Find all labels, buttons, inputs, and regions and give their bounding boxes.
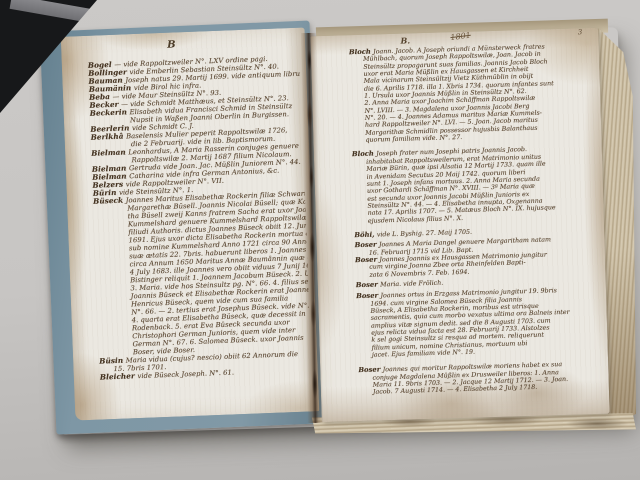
right-page-number: 3 (578, 28, 583, 36)
entry-headword: Boser (356, 280, 381, 289)
entry-headword: Bleicher (100, 371, 138, 381)
entry-headword: Beckerin (90, 107, 130, 118)
right-page-header: B. (400, 35, 410, 45)
right-page-year-mark: 1801 (450, 31, 471, 42)
left-page: B Bogel — vide Rappoltzweiler N°. LXV or… (61, 27, 320, 420)
entry-headword: Bloch (352, 150, 377, 159)
entry-headword: Böhi, (354, 230, 377, 239)
left-page-header: B (167, 39, 176, 50)
right-page-text: Bloch Joann. Jacob. A Joseph oriundi a M… (349, 42, 608, 413)
entry-headword: Bielman (91, 147, 128, 157)
dark-corner-edge (10, 0, 111, 26)
entry-headword: Berlkhâ (90, 131, 126, 141)
entry-headword: Büseck (93, 195, 126, 205)
photo-of-manuscript: B Bogel — vide Rappoltzweiler N°. LXV or… (0, 0, 640, 480)
entry-headword: Boser (355, 255, 380, 264)
entry-headword: Boser (354, 241, 379, 250)
entry-headword: Boser (358, 366, 383, 375)
entry-headword: Boser (356, 292, 381, 301)
right-page: B. 1801 3 Bloch Joann. Jacob. A Joseph o… (310, 28, 609, 422)
entry-headword: Bloch (349, 48, 374, 57)
left-page-text: Bogel — vide Rappoltzweiler N°. LXV ordi… (88, 54, 313, 414)
